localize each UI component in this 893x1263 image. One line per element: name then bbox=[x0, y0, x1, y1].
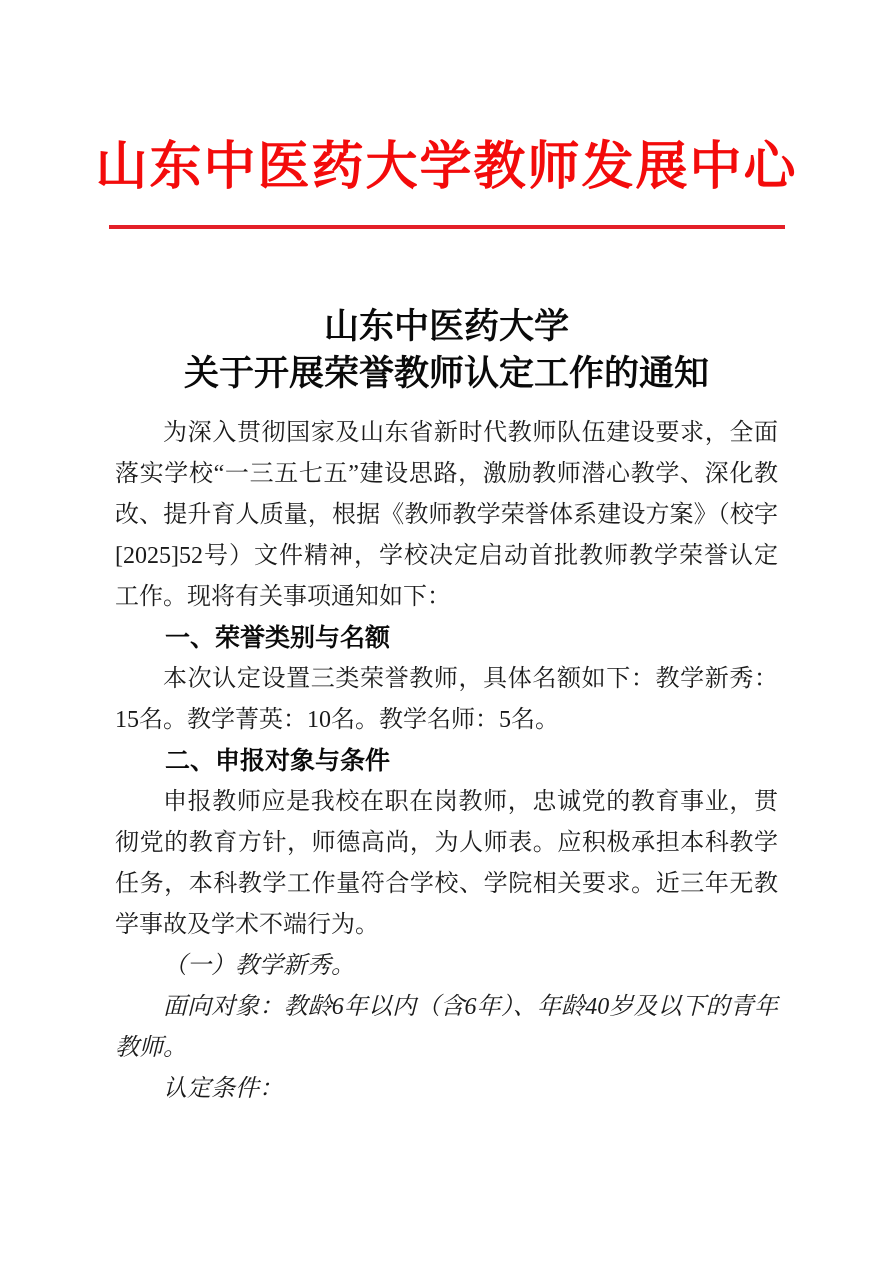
paragraph-intro: 为深入贯彻国家及山东省新时代教师队伍建设要求，全面落实学校“一三五七五”建设思路… bbox=[115, 413, 778, 618]
section-heading-honor-categories: 一、荣誉类别与名额 bbox=[115, 618, 778, 659]
subsection-heading-teaching-rookie: （一）教学新秀。 bbox=[115, 946, 778, 987]
letterhead-org-name: 山东中医药大学教师发展中心 bbox=[0, 130, 893, 206]
letterhead-divider-rule bbox=[109, 225, 785, 229]
letterhead: 山东中医药大学教师发展中心 bbox=[0, 130, 893, 229]
document-title: 山东中医药大学 关于开展荣誉教师认定工作的通知 bbox=[0, 303, 893, 397]
paragraph-quota: 本次认定设置三类荣誉教师，具体名额如下：教学新秀：15名。教学菁英：10名。教学… bbox=[115, 659, 778, 741]
section-heading-application-conditions: 二、申报对象与条件 bbox=[115, 741, 778, 782]
document-title-line1: 山东中医药大学 bbox=[0, 303, 893, 350]
paragraph-target-audience: 面向对象：教龄6年以内（含6年）、年龄40岁及以下的青年教师。 bbox=[115, 987, 778, 1069]
document-body: 为深入贯彻国家及山东省新时代教师队伍建设要求，全面落实学校“一三五七五”建设思路… bbox=[115, 413, 778, 1110]
paragraph-criteria-label: 认定条件： bbox=[115, 1069, 778, 1110]
paragraph-eligibility: 申报教师应是我校在职在岗教师，忠诚党的教育事业，贯彻党的教育方针，师德高尚，为人… bbox=[115, 782, 778, 946]
document-page: 山东中医药大学教师发展中心 山东中医药大学 关于开展荣誉教师认定工作的通知 为深… bbox=[0, 0, 893, 1263]
document-title-line2: 关于开展荣誉教师认定工作的通知 bbox=[0, 350, 893, 397]
